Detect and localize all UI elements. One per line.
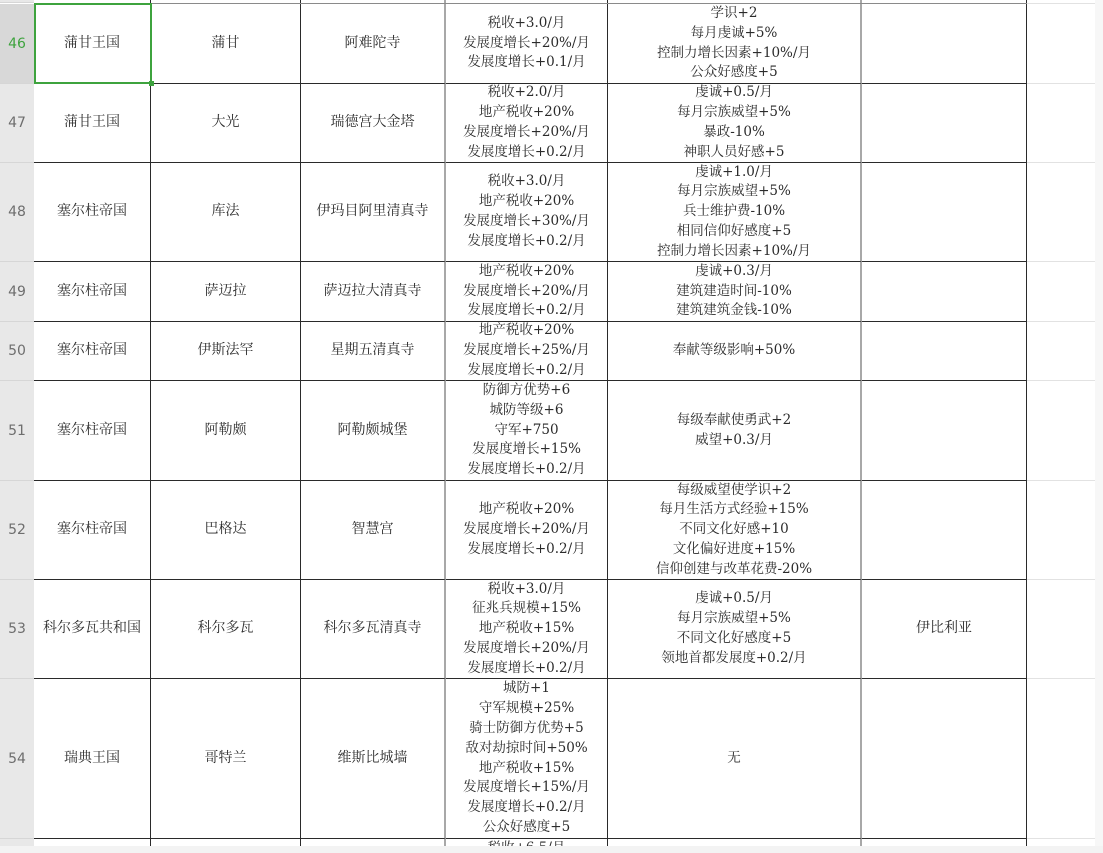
- cell-building[interactable]: 星期五清真寺: [301, 322, 446, 381]
- row-header-46[interactable]: 46: [0, 4, 34, 84]
- cell-building-effects[interactable]: 地产税收+20%发展度增长+20%/月发展度增长+0.2/月: [446, 262, 608, 322]
- cell-holder-effects[interactable]: 虔诚+0.3/月建筑建造时间-10%建筑建筑金钱-10%: [608, 262, 862, 322]
- cell-building-effects[interactable]: 税收+3.0/月地产税收+20%发展度增长+30%/月发展度增长+0.2/月: [446, 163, 608, 262]
- cell-text: 星期五清真寺: [331, 341, 415, 361]
- effect-line: 每级威望使学识+2: [677, 481, 791, 500]
- effect-line: 发展度增长+0.2/月: [467, 143, 585, 163]
- cell-holder-effects[interactable]: 虔诚+0.5/月每月宗族威望+5%不同文化好感度+5领地首都发展度+0.2/月: [608, 580, 862, 679]
- effect-line: 发展度增长+15%: [472, 440, 581, 460]
- effect-line: 每月虔诚+5%: [691, 24, 778, 44]
- effect-line: 领地首都发展度+0.2/月: [661, 649, 806, 669]
- effect-line: 公众好感度+5: [483, 818, 570, 838]
- cell-country[interactable]: 塞尔柱帝国: [34, 262, 151, 322]
- cell-country[interactable]: 塞尔柱帝国: [34, 381, 151, 481]
- row-header-54[interactable]: 54: [0, 679, 34, 839]
- effect-line: 建筑建造时间-10%: [676, 282, 792, 302]
- cell-building-effects[interactable]: 税收+2.0/月地产税收+20%发展度增长+20%/月发展度增长+0.2/月: [446, 84, 608, 163]
- effect-line: 控制力增长因素+10%/月: [657, 242, 811, 262]
- cell-building-effects[interactable]: 税收+3.0/月征兆兵规模+15%地产税收+15%发展度增长+20%/月发展度增…: [446, 580, 608, 679]
- cell-holder-effects[interactable]: 每级威望使学识+2每月生活方式经验+15%不同文化好感+10文化偏好进度+15%…: [608, 481, 862, 580]
- cell-region[interactable]: [862, 84, 1027, 163]
- effect-line: 发展度增长+20%/月: [463, 282, 590, 302]
- cell-holder-effects[interactable]: 虔诚+1.0/月每月宗族威望+5%兵士维护费-10%相同信仰好感度+5控制力增长…: [608, 163, 862, 262]
- effect-line: 发展度增长+20%/月: [463, 639, 590, 659]
- cell-text: 伊玛目阿里清真寺: [317, 202, 429, 222]
- cell-city[interactable]: 阿勒颇: [151, 381, 301, 481]
- cell-text: 哥特兰: [205, 749, 247, 769]
- effect-line: 威望+0.3/月: [695, 431, 773, 451]
- fill-handle[interactable]: [149, 81, 154, 86]
- cell-text: 科尔多瓦共和国: [43, 619, 141, 639]
- cell-city[interactable]: 伊斯法罕: [151, 322, 301, 381]
- cell-text: 库法: [212, 202, 240, 222]
- cell-text: 蒲甘王国: [64, 113, 120, 133]
- effect-line: 税收+3.0/月: [488, 14, 566, 34]
- cell-building[interactable]: 阿难陀寺: [301, 4, 446, 84]
- effect-line: 建筑建筑金钱-10%: [676, 301, 792, 321]
- effect-line: 不同文化好感+10: [679, 520, 789, 540]
- row-header-52[interactable]: 52: [0, 481, 34, 580]
- cell-text: 阿勒颇: [205, 421, 247, 441]
- cell-holder-effects[interactable]: 每级奉献使勇武+2威望+0.3/月: [608, 381, 862, 481]
- effect-line: 每级奉献使勇武+2: [677, 411, 791, 431]
- effect-line: 虔诚+1.0/月: [695, 163, 773, 182]
- cell-building[interactable]: 伊玛目阿里清真寺: [301, 163, 446, 262]
- cell-holder-effects[interactable]: 无: [608, 679, 862, 839]
- cell-empty[interactable]: [1027, 580, 1095, 679]
- cell-text: 巴格达: [205, 520, 247, 540]
- effect-line: 地产税收+20%: [479, 500, 574, 520]
- row-header-51[interactable]: 51: [0, 381, 34, 481]
- effect-line: 虔诚+0.5/月: [695, 589, 773, 609]
- cell-region[interactable]: [862, 322, 1027, 381]
- cell-text: 伊斯法罕: [198, 341, 254, 361]
- cell-text: 萨迈拉大清真寺: [324, 282, 422, 302]
- effect-line: 暴政-10%: [703, 123, 765, 143]
- row-header-48[interactable]: 48: [0, 163, 34, 262]
- effect-line: 控制力增长因素+10%/月: [657, 44, 811, 64]
- row-header-50[interactable]: 50: [0, 322, 34, 381]
- effect-line: 发展度增长+0.2/月: [467, 460, 585, 480]
- cell-empty[interactable]: [1027, 4, 1095, 84]
- effect-line: 守军+750: [494, 421, 558, 441]
- cell-country[interactable]: 塞尔柱帝国: [34, 163, 151, 262]
- cell-building-effects[interactable]: 防御方优势+6城防等级+6守军+750发展度增长+15%发展度增长+0.2/月: [446, 381, 608, 481]
- effect-line: 发展度增长+15%/月: [463, 778, 590, 798]
- cell-building[interactable]: 瑞德宫大金塔: [301, 84, 446, 163]
- cell-city[interactable]: 哥特兰: [151, 679, 301, 839]
- cell-empty[interactable]: [1027, 481, 1095, 580]
- row-header-49[interactable]: 49: [0, 262, 34, 322]
- effect-line: 发展度增长+0.2/月: [467, 659, 585, 679]
- effect-line: 每月宗族威望+5%: [677, 103, 791, 123]
- effect-line: 城防等级+6: [490, 401, 564, 421]
- cell-building-effects[interactable]: 地产税收+20%发展度增长+20%/月发展度增长+0.2/月: [446, 481, 608, 580]
- effect-line: 骑士防御方优势+5: [469, 719, 583, 739]
- cell-region[interactable]: [862, 4, 1027, 84]
- cell-building-effects[interactable]: 城防+1守军规模+25%骑士防御方优势+5敌对劫掠时间+50%地产税收+15%发…: [446, 679, 608, 839]
- effect-line: 发展度增长+0.2/月: [467, 798, 585, 818]
- cell-region[interactable]: [862, 262, 1027, 322]
- cell-city[interactable]: 科尔多瓦: [151, 580, 301, 679]
- cell-country[interactable]: 塞尔柱帝国: [34, 322, 151, 381]
- effect-line: 每月宗族威望+5%: [677, 609, 791, 629]
- cell-empty[interactable]: [1027, 679, 1095, 839]
- effect-line: 兵士维护费-10%: [683, 202, 785, 222]
- cell-holder-effects[interactable]: 奉献等级影响+50%: [608, 322, 862, 381]
- row-header-partial[interactable]: [0, 0, 34, 3]
- effect-line: 敌对劫掠时间+50%: [465, 739, 587, 759]
- cell-holder-effects[interactable]: 学识+2每月虔诚+5%控制力增长因素+10%/月公众好感度+5: [608, 4, 862, 84]
- cell-empty[interactable]: [1027, 84, 1095, 163]
- cell-building[interactable]: 阿勒颇城堡: [301, 381, 446, 481]
- cell-text: 智慧宫: [352, 520, 394, 540]
- cell-empty[interactable]: [1027, 262, 1095, 322]
- cell-empty[interactable]: [1027, 381, 1095, 481]
- cell-text: 蒲甘王国: [64, 34, 120, 54]
- cell-text: 瑞典王国: [64, 749, 120, 769]
- cell-text: 塞尔柱帝国: [57, 202, 127, 222]
- cell-country[interactable]: 蒲甘王国: [34, 4, 151, 84]
- cell-country[interactable]: 科尔多瓦共和国: [34, 580, 151, 679]
- cell-city[interactable]: 库法: [151, 163, 301, 262]
- cell-city[interactable]: 巴格达: [151, 481, 301, 580]
- cell-text: 阿勒颇城堡: [338, 421, 408, 441]
- effect-line: 地产税收+20%: [479, 103, 574, 123]
- row-header-47[interactable]: 47: [0, 84, 34, 163]
- effect-line: 地产税收+15%: [479, 759, 574, 779]
- effect-line: 发展度增长+30%/月: [463, 212, 590, 232]
- cell-country[interactable]: 塞尔柱帝国: [34, 481, 151, 580]
- cell-city[interactable]: 萨迈拉: [151, 262, 301, 322]
- cell-region[interactable]: [862, 481, 1027, 580]
- cell-city[interactable]: 蒲甘: [151, 4, 301, 84]
- cell-holder-effects[interactable]: 虔诚+0.5/月每月宗族威望+5%暴政-10%神职人员好感+5: [608, 84, 862, 163]
- cell-empty[interactable]: [1027, 322, 1095, 381]
- effect-line: 神职人员好感+5: [684, 143, 785, 163]
- effect-line: 文化偏好进度+15%: [673, 540, 795, 560]
- effect-line: 学识+2: [711, 4, 758, 24]
- effect-line: 税收+2.0/月: [488, 84, 566, 103]
- effect-line: 奉献等级影响+50%: [673, 341, 795, 361]
- cell-country[interactable]: 蒲甘王国: [34, 84, 151, 163]
- effect-line: 相同信仰好感度+5: [677, 222, 791, 242]
- cell-region[interactable]: [862, 163, 1027, 262]
- effect-line: 不同文化好感度+5: [677, 629, 791, 649]
- cell-text: 科尔多瓦: [198, 619, 254, 639]
- cell-text: 伊比利亚: [916, 619, 972, 639]
- effect-line: 发展度增长+20%/月: [463, 520, 590, 540]
- cell-building[interactable]: 科尔多瓦清真寺: [301, 580, 446, 679]
- cell-text: 塞尔柱帝国: [57, 421, 127, 441]
- effect-line: 地产税收+20%: [479, 192, 574, 212]
- cell-text: 塞尔柱帝国: [57, 520, 127, 540]
- cell-text: 塞尔柱帝国: [57, 341, 127, 361]
- cell-building[interactable]: 维斯比城墙: [301, 679, 446, 839]
- effect-line: 发展度增长+20%/月: [463, 34, 590, 54]
- cell-building-effects[interactable]: 地产税收+20%发展度增长+25%/月发展度增长+0.2/月: [446, 322, 608, 381]
- effect-line: 虔诚+0.5/月: [695, 84, 773, 103]
- effect-line: 地产税收+20%: [479, 322, 574, 341]
- cell-region[interactable]: 伊比利亚: [862, 580, 1027, 679]
- cell-region[interactable]: [862, 381, 1027, 481]
- cell-region[interactable]: [862, 679, 1027, 839]
- cell-text: 蒲甘: [212, 34, 240, 54]
- effect-line: 防御方优势+6: [483, 381, 570, 401]
- cell-city[interactable]: 大光: [151, 84, 301, 163]
- effect-line: 无: [727, 749, 741, 769]
- cell-text: 瑞德宫大金塔: [331, 113, 415, 133]
- cell-text: 维斯比城墙: [338, 749, 408, 769]
- row-divider: [34, 3, 1027, 4]
- cell-building[interactable]: 智慧宫: [301, 481, 446, 580]
- cell-text: 萨迈拉: [205, 282, 247, 302]
- cell-text: 科尔多瓦清真寺: [324, 619, 422, 639]
- effect-line: 每月宗族威望+5%: [677, 182, 791, 202]
- effect-line: 公众好感度+5: [690, 63, 777, 83]
- cell-empty[interactable]: [1027, 163, 1095, 262]
- effect-line: 征兆兵规模+15%: [472, 599, 581, 619]
- effect-line: 城防+1: [503, 679, 550, 699]
- effect-line: 虔诚+0.3/月: [695, 262, 773, 282]
- spreadsheet-grid: 发展度增长+0.2/月 46蒲甘王国蒲甘阿难陀寺税收+3.0/月发展度增长+20…: [0, 0, 1103, 853]
- effect-line: 税收+3.0/月: [488, 172, 566, 192]
- effect-line: 发展度增长+0.2/月: [467, 540, 585, 560]
- cell-text: 大光: [212, 113, 240, 133]
- effect-line: 地产税收+15%: [479, 619, 574, 639]
- effect-line: 守军规模+25%: [479, 699, 574, 719]
- effect-line: 每月生活方式经验+15%: [659, 500, 808, 520]
- cell-text: 阿难陀寺: [345, 34, 401, 54]
- effect-line: 信仰创建与改革花费-20%: [656, 560, 812, 580]
- row-header-53[interactable]: 53: [0, 580, 34, 679]
- cell-building-effects[interactable]: 税收+3.0/月发展度增长+20%/月发展度增长+0.1/月: [446, 4, 608, 84]
- effect-line: 发展度增长+25%/月: [463, 341, 590, 361]
- cell-building[interactable]: 萨迈拉大清真寺: [301, 262, 446, 322]
- horizontal-scrollbar-area[interactable]: [0, 846, 1103, 853]
- effect-line: 发展度增长+0.1/月: [467, 53, 585, 73]
- effect-line: 发展度增长+0.2/月: [467, 361, 585, 381]
- effect-line: 发展度增长+20%/月: [463, 123, 590, 143]
- effect-line: 发展度增长+0.2/月: [467, 232, 585, 252]
- effect-line: 地产税收+20%: [479, 262, 574, 282]
- cell-country[interactable]: 瑞典王国: [34, 679, 151, 839]
- effect-line: 税收+3.0/月: [488, 580, 566, 599]
- effect-line: 发展度增长+0.2/月: [467, 301, 585, 321]
- vertical-scrollbar[interactable]: [1095, 0, 1103, 853]
- cell-text: 塞尔柱帝国: [57, 282, 127, 302]
